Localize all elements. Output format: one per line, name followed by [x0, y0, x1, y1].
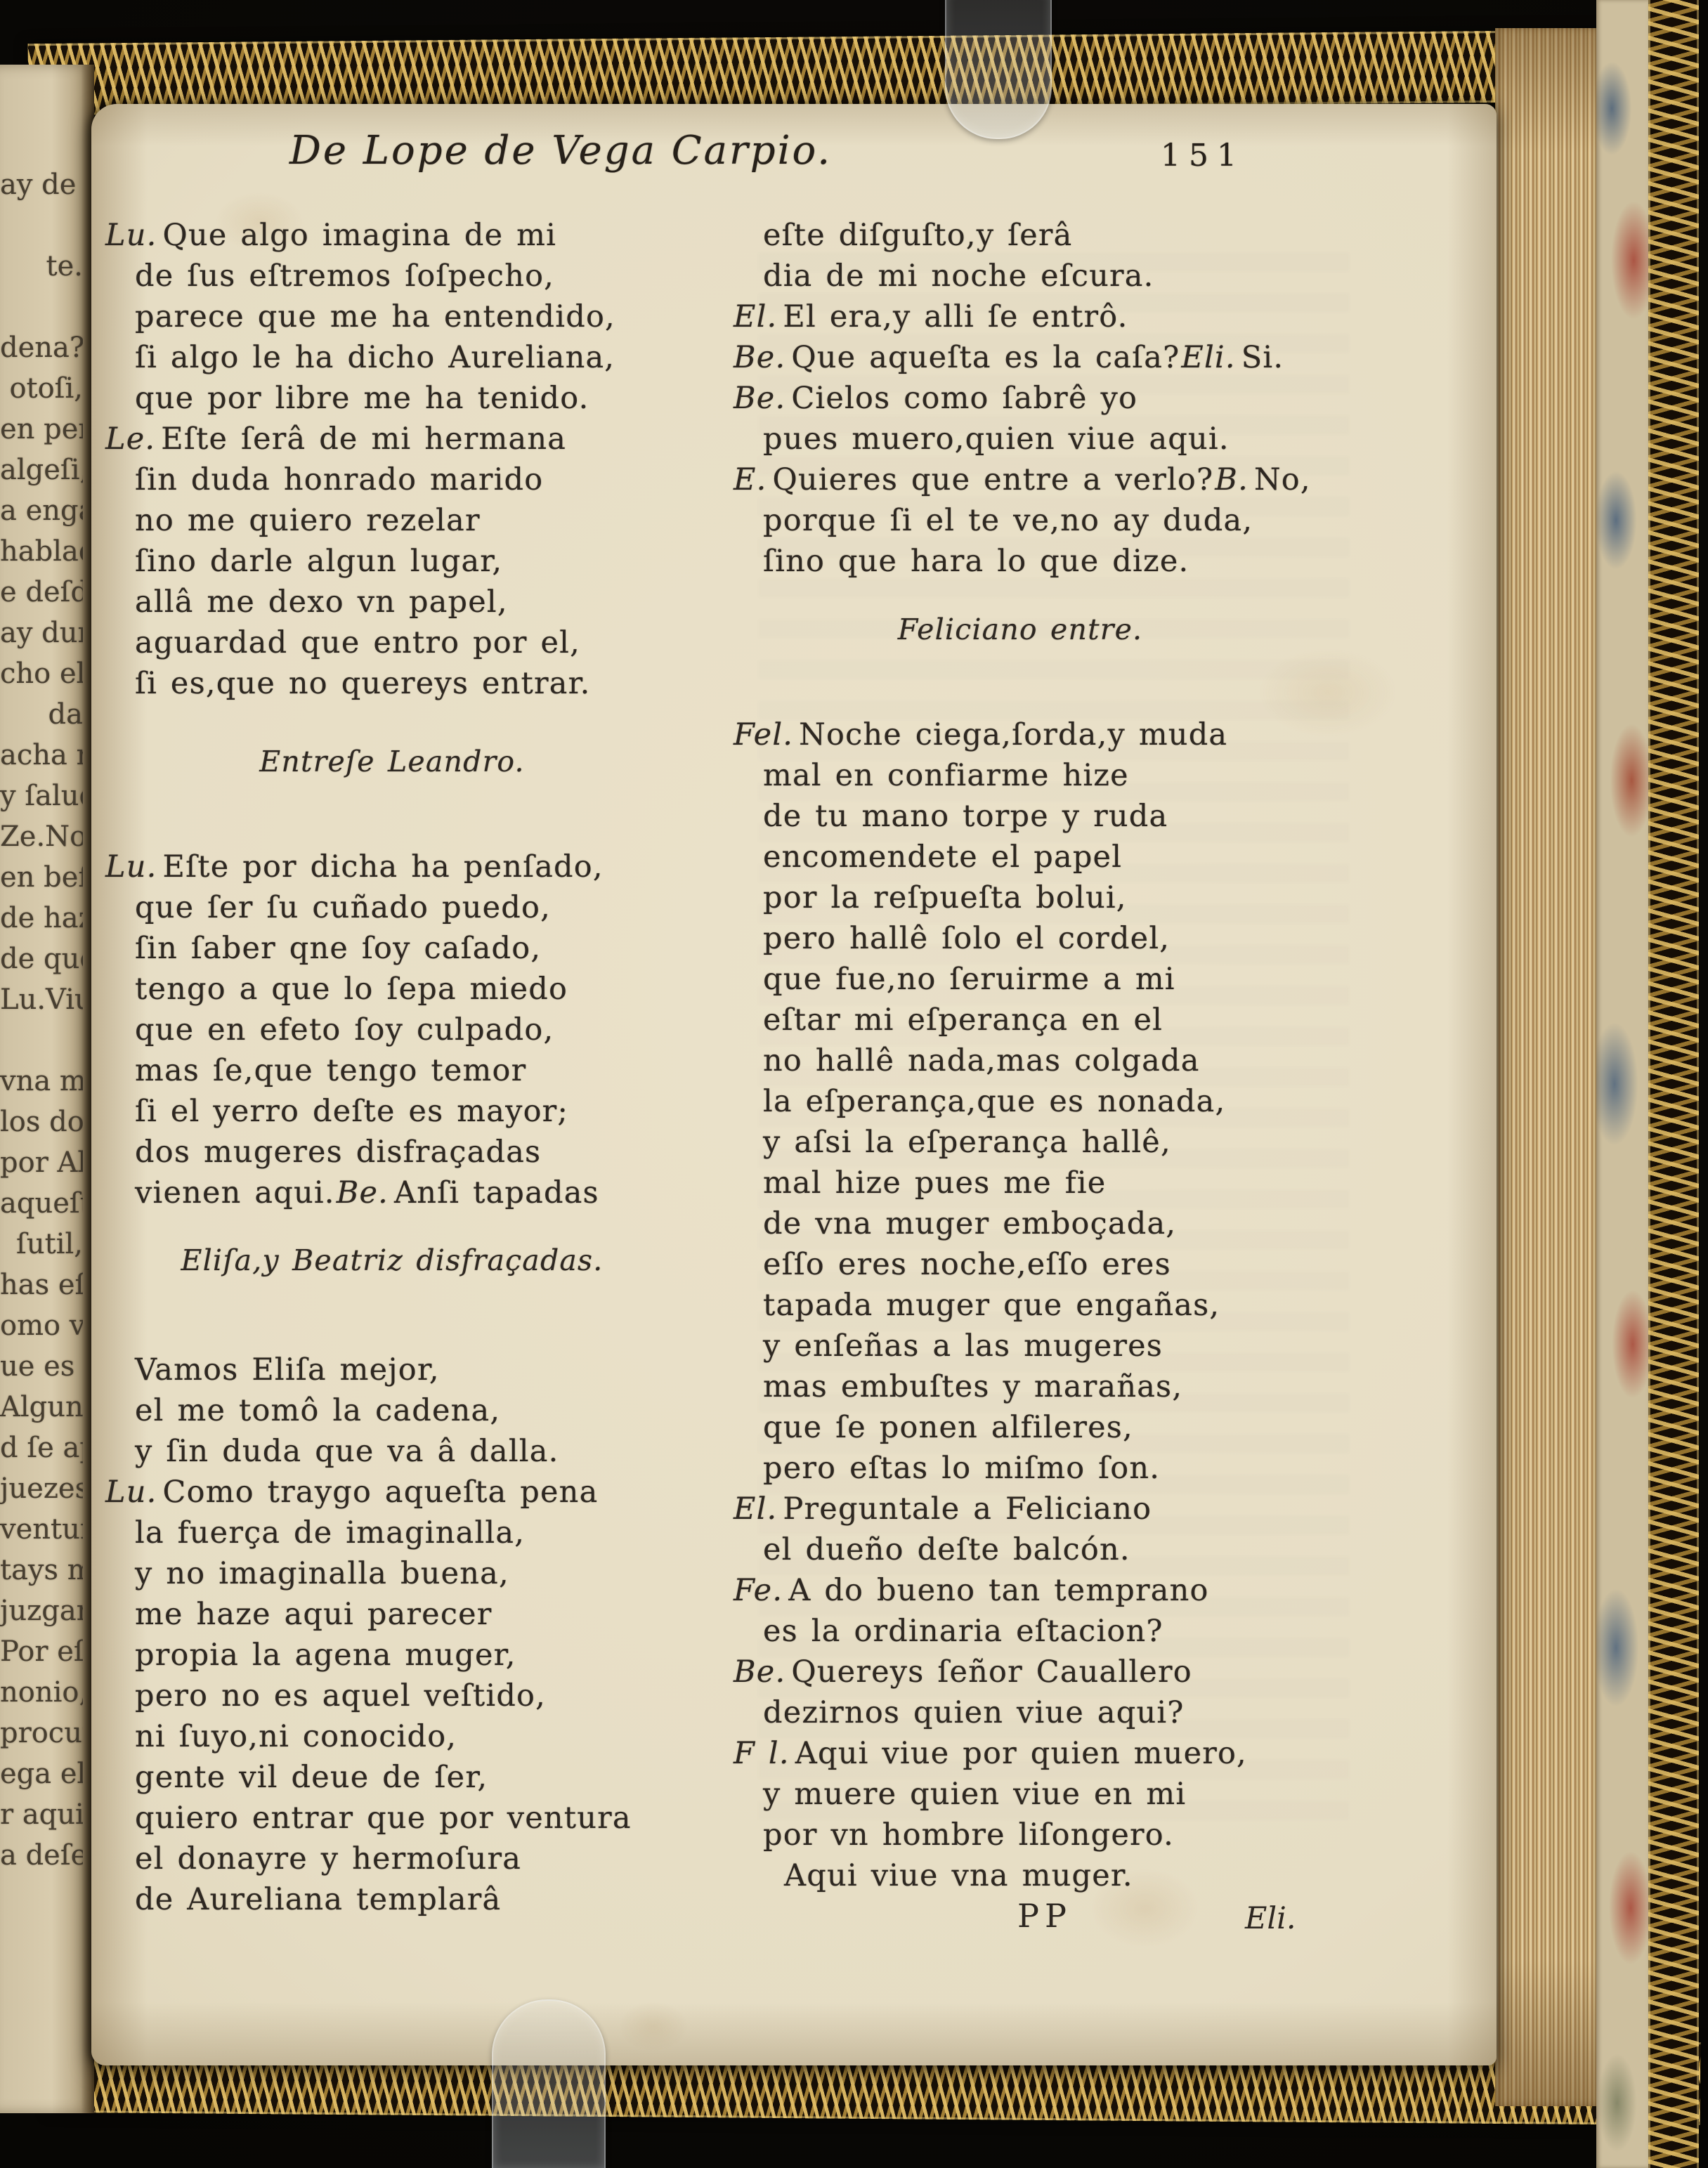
- verse-line: Lu.Que algo imagina de mi: [104, 218, 722, 259]
- verse-line: aguardad que entro por el,: [104, 625, 722, 666]
- verse-line: que fue,no ſeruirme a mi: [732, 962, 1378, 1003]
- verse-line: ni ſuyo,ni conocido,: [104, 1719, 722, 1760]
- left-page-text-fragment: Lu.Viue Di: [0, 984, 83, 1024]
- verse-line: mal hize pues me fie: [732, 1165, 1378, 1206]
- left-page-text-fragment: aqueſtos dia: [0, 1187, 83, 1228]
- left-page-text-fragment: [0, 291, 83, 332]
- verse-gap: [104, 1284, 111, 1352]
- verse-text: A do bueno tan temprano: [788, 1573, 1208, 1608]
- verse-line: El.Preguntale a Feliciano: [732, 1491, 1378, 1532]
- verse-line: porque ſi el te ve,no ay duda,: [732, 503, 1378, 544]
- verse-text: el me tomô la cadena,: [135, 1393, 500, 1428]
- book-snake-strip-bottom: [492, 1999, 606, 2168]
- verse-text: y enſeñas a las mugeres: [763, 1328, 1163, 1364]
- speaker-abbreviation: Fe.: [734, 1573, 783, 1608]
- verse-text: Quieres que entre a verlo?: [772, 462, 1213, 497]
- verse-line: es la ordinaria eſtacion?: [732, 1614, 1378, 1654]
- verse-text: que fue,no ſeruirme a mi: [763, 962, 1175, 997]
- verse-line: que ſer ſu cuñado puedo,: [104, 890, 722, 931]
- verse-line: el donayre y hermoſura: [104, 1841, 722, 1882]
- verse-text: y muere quien viue en mi: [763, 1777, 1186, 1812]
- left-page-text-fragment: has eſpias,: [0, 1269, 83, 1310]
- verse-text: no me quiero rezelar: [135, 503, 481, 538]
- book-photograph: ay de mi,te.dena?otoſi,en penaalgeſi,a e…: [0, 0, 1708, 2168]
- verse-text: gente vil deue de ſer,: [135, 1760, 488, 1795]
- left-page-text-fragment: a deſecho,: [0, 1839, 83, 1880]
- verse-line: mas embuſtes y marañas,: [732, 1369, 1378, 1410]
- speaker-abbreviation: Be.: [734, 340, 785, 375]
- left-page-text-fragment: ay de mi,: [0, 169, 83, 209]
- verse-text: ſi algo le ha dicho Aureliana,: [135, 340, 615, 375]
- verse-line: no me quiero rezelar: [104, 503, 722, 544]
- verse-text: dezirnos quien viue aqui?: [763, 1695, 1185, 1730]
- verse-line: quiero entrar que por ventura: [104, 1801, 722, 1841]
- verse-text: pero eſtas lo miſmo ſon.: [763, 1451, 1160, 1486]
- verse-text: de ſus eſtremos ſoſpecho,: [135, 259, 554, 294]
- verse-line: encomendete el papel: [732, 840, 1378, 880]
- verse-gap: [732, 653, 739, 717]
- left-page-text-fragment: de querer,: [0, 943, 83, 984]
- left-page-text-fragment: ſutil,: [0, 1228, 83, 1269]
- verse-line: la fuerça de imaginalla,: [104, 1515, 722, 1556]
- verse-text: Noche ciega,ſorda,y muda: [799, 717, 1227, 752]
- verse-line: dos mugeres disfraçadas: [104, 1135, 722, 1175]
- left-page-text-fragment: de hazer co: [0, 902, 83, 943]
- verse-line: tengo a que lo ſepa miedo: [104, 972, 722, 1012]
- gilt-border-right: [1648, 0, 1699, 2168]
- verse-text: ni ſuyo,ni conocido,: [135, 1719, 457, 1754]
- verse-column-right: eſte diſguſto,y ſerâdia de mi noche eſcu…: [732, 218, 1378, 1899]
- verse-text: el dueño deſte balcón.: [763, 1532, 1130, 1567]
- stage-direction: Feliciano entre.: [732, 613, 1308, 653]
- verse-text: tapada muger que engañas,: [763, 1288, 1220, 1323]
- verse-text: que ſe ponen alfileres,: [763, 1410, 1133, 1445]
- verse-line: y aſsi la eſperança hallê,: [732, 1125, 1378, 1165]
- verse-line: pero eſtas lo miſmo ſon.: [732, 1451, 1378, 1491]
- verse-line: ſino que hara lo que dize.: [732, 544, 1378, 585]
- verse-text: eſte diſguſto,y ſerâ: [763, 218, 1072, 253]
- verse-gap: [104, 785, 111, 849]
- verse-line: de ſus eſtremos ſoſpecho,: [104, 259, 722, 299]
- verse-line: de Aureliana templarâ: [104, 1882, 722, 1923]
- verse-text: quiero entrar que por ventura: [135, 1801, 632, 1836]
- left-page-text-fragment: nonio,ô q bue: [0, 1676, 83, 1717]
- verse-text: y aſsi la eſperança hallê,: [763, 1125, 1171, 1160]
- verse-line: de tu mano torpe y ruda: [732, 799, 1378, 840]
- left-page-text-fragment: omo vn mar: [0, 1310, 83, 1350]
- speaker-abbreviation: Be.: [734, 381, 785, 416]
- left-page-text-fragment: tays mirando,: [0, 1554, 83, 1595]
- verse-line: mal en confiarme hize: [732, 758, 1378, 799]
- left-page-text-fragment: dena?: [0, 332, 83, 372]
- verse-text: encomendete el papel: [763, 840, 1122, 875]
- speaker-abbreviation: Be.: [734, 1654, 785, 1690]
- catchword: Eli.: [1245, 1901, 1296, 1936]
- verse-text: mal hize pues me fie: [763, 1165, 1106, 1201]
- verse-text: propia la agena muger,: [135, 1638, 516, 1673]
- verse-text: no hallê nada,mas colgada: [763, 1043, 1200, 1078]
- fore-edge-pages: [1495, 28, 1598, 2106]
- speaker-abbreviation: Le.: [105, 422, 155, 457]
- verse-line: eſſo eres noche,eſſo eres: [732, 1247, 1378, 1288]
- verse-line: El.El era,y alli ſe entrô.: [732, 299, 1378, 340]
- book-snake-strip-top: [945, 0, 1052, 139]
- verse-line: el me tomô la cadena,: [104, 1393, 722, 1434]
- verse-text: y no imaginalla buena,: [135, 1556, 509, 1591]
- left-page-text-fragment: juezes: [0, 1472, 83, 1513]
- left-page-text-fragments: ay de mi,te.dena?otoſi,en penaalgeſi,a e…: [0, 169, 83, 1880]
- speaker-abbreviation: F l.: [734, 1736, 790, 1771]
- speaker-abbreviation: El.: [734, 1491, 777, 1527]
- verse-text: ſino darle algun lugar,: [135, 544, 502, 579]
- verse-text: Quereys ſeñor Cauallero: [791, 1654, 1192, 1690]
- left-page-text-fragment: acha rabia,: [0, 739, 83, 780]
- verse-line: Fel.Noche ciega,ſorda,y muda: [732, 717, 1378, 758]
- verse-line: Vamos Eliſa mejor,: [104, 1352, 722, 1393]
- left-page-text-fragment: otoſi,: [0, 372, 83, 413]
- verse-text: ſin duda honrado marido: [135, 462, 543, 497]
- verse-line: ſin duda honrado marido: [104, 462, 722, 503]
- left-page-text-fragment: juzgando.: [0, 1595, 83, 1635]
- verse-line: por vn hombre liſongero.: [732, 1817, 1378, 1858]
- verse-text: Eſte por dicha ha penſado,: [163, 849, 604, 884]
- verse-line: ſi es,que no quereys entrar.: [104, 666, 722, 707]
- speaker-abbreviation: E.: [734, 462, 767, 497]
- verse-text: que en efeto ſoy culpado,: [135, 1012, 554, 1047]
- verse-text: de tu mano torpe y ruda: [763, 799, 1168, 834]
- verse-text: mas embuſtes y marañas,: [763, 1369, 1182, 1404]
- speaker-abbreviation: Be.: [337, 1175, 389, 1210]
- previous-page-edge: ay de mi,te.dena?otoſi,en penaalgeſi,a e…: [0, 65, 94, 2113]
- verse-line: y ſin duda que va â dalla.: [104, 1434, 722, 1475]
- left-page-text-fragment: por Abril: [0, 1147, 83, 1187]
- verse-text: por vn hombre liſongero.: [763, 1817, 1174, 1853]
- speaker-abbreviation: B.: [1215, 462, 1249, 497]
- verse-line: no hallê nada,mas colgada: [732, 1043, 1378, 1084]
- verse-text: ſin ſaber qne ſoy caſado,: [135, 931, 541, 966]
- verse-text: porque ſi el te ve,no ay duda,: [763, 503, 1253, 538]
- verse-gap: [104, 1216, 111, 1243]
- verse-text: de Aureliana templarâ: [135, 1882, 501, 1917]
- speaker-abbreviation: Eli.: [1181, 340, 1235, 375]
- verse-line: y muere quien viue en mi: [732, 1777, 1378, 1817]
- left-page-text-fragment: Algunas vezes: [0, 1391, 83, 1432]
- verse-line: Lu.Eſte por dicha ha penſado,: [104, 849, 722, 890]
- speaker-abbreviation: Lu.: [105, 1475, 157, 1510]
- verse-line: mas ſe,que tengo temor: [104, 1053, 722, 1094]
- verse-line: ſino darle algun lugar,: [104, 544, 722, 585]
- verse-line: que por libre me ha tenido.: [104, 381, 722, 422]
- verse-line: dezirnos quien viue aqui?: [732, 1695, 1378, 1736]
- left-page-text-fragment: da: [0, 698, 83, 739]
- speaker-abbreviation: Lu.: [105, 849, 157, 884]
- verse-text: vienen aqui.: [135, 1175, 335, 1210]
- verse-line: Fe.A do bueno tan temprano: [732, 1573, 1378, 1614]
- left-page-text-fragment: en beſtias m: [0, 861, 83, 902]
- left-page-text-fragment: ue es blãca,y: [0, 1350, 83, 1391]
- verse-text: tengo a que lo ſepa miedo: [135, 972, 568, 1007]
- verse-text: mas ſe,que tengo temor: [135, 1053, 526, 1088]
- left-page-text-fragment: ay dura pena: [0, 617, 83, 658]
- verse-text: allâ me dexo vn papel,: [135, 585, 508, 620]
- left-page-text-fragment: los dos: [0, 1106, 83, 1147]
- verse-line: y enſeñas a las mugeres: [732, 1328, 1378, 1369]
- verse-text: Que aqueſta es la caſa?: [791, 340, 1180, 375]
- left-page-text-fragment: cho elado,: [0, 658, 83, 698]
- verse-line: pero no es aquel veſtido,: [104, 1678, 722, 1719]
- left-page-text-fragment: y ſaluda.: [0, 780, 83, 821]
- verse-line: por la reſpueſta bolui,: [732, 880, 1378, 921]
- verse-line: parece que me ha entendido,: [104, 299, 722, 340]
- gilt-border-top: [28, 30, 1673, 115]
- left-page-text-fragment: te.: [0, 250, 83, 291]
- verse-text: parece que me ha entendido,: [135, 299, 615, 334]
- verse-line: allâ me dexo vn papel,: [104, 585, 722, 625]
- verse-text: es la ordinaria eſtacion?: [763, 1614, 1163, 1649]
- verse-text: Preguntale a Feliciano: [783, 1491, 1152, 1527]
- verse-line: la eſperança,que es nonada,: [732, 1084, 1378, 1125]
- left-page-text-fragment: ega el pecho,: [0, 1758, 83, 1798]
- verse-line: Le.Eſte ſerâ de mi hermana: [104, 422, 722, 462]
- left-page-text-fragment: r aqui,: [0, 1798, 83, 1839]
- verse-text: y ſin duda que va â dalla.: [135, 1434, 559, 1469]
- verse-text: eſtar mi eſperança en el: [763, 1003, 1163, 1038]
- verse-text: me haze aqui parecer: [135, 1597, 493, 1632]
- left-page-text-fragment: d ſe apura.: [0, 1432, 83, 1472]
- verse-text: dia de mi noche eſcura.: [763, 259, 1154, 294]
- verse-text: Como traygo aqueſta pena: [163, 1475, 599, 1510]
- verse-line: ſi el yerro deſte es mayor;: [104, 1094, 722, 1135]
- verse-gap: [732, 585, 739, 613]
- verse-line: ſin ſaber qne ſoy caſado,: [104, 931, 722, 972]
- verse-text: No,: [1254, 462, 1311, 497]
- verse-text: el donayre y hermoſura: [135, 1841, 521, 1876]
- verse-text: Aqui viue por quien muero,: [795, 1736, 1247, 1771]
- stage-direction: Entreſe Leandro.: [104, 745, 680, 785]
- left-page-text-fragment: vna muger,: [0, 1065, 83, 1106]
- verse-line: Be.Cielos como ſabrê yo: [732, 381, 1378, 422]
- left-page-text-fragment: e deſdeña,: [0, 576, 83, 617]
- running-title: De Lope de Vega Carpio.: [289, 128, 832, 174]
- signature-mark: PP: [1017, 1897, 1072, 1935]
- left-page-text-fragment: hablado?: [0, 535, 83, 576]
- verse-text: mal en confiarme hize: [763, 758, 1129, 793]
- verse-text: de vna muger emboçada,: [763, 1206, 1176, 1241]
- verse-line: dia de mi noche eſcura.: [732, 259, 1378, 299]
- speaker-abbreviation: Fel.: [734, 717, 793, 752]
- verse-line: el dueño deſte balcón.: [732, 1532, 1378, 1573]
- verse-text: ſi es,que no quereys entrar.: [135, 666, 591, 701]
- verse-line: Aqui viue vna muger.: [732, 1858, 1378, 1899]
- verse-text: ſino que hara lo que dize.: [763, 544, 1189, 579]
- verse-line: E.Quieres que entre a verlo?B.No,: [732, 462, 1378, 503]
- left-page-text-fragment: Ze.No eſtá: [0, 821, 83, 861]
- verse-text: pero hallê ſolo el cordel,: [763, 921, 1170, 956]
- verse-text: pero no es aquel veſtido,: [135, 1678, 546, 1713]
- verse-line: tapada muger que engañas,: [732, 1288, 1378, 1328]
- verse-line: pues muero,quien viue aqui.: [732, 422, 1378, 462]
- verse-line: Be.Quereys ſeñor Cauallero: [732, 1654, 1378, 1695]
- verse-line: me haze aqui parecer: [104, 1597, 722, 1638]
- marbled-edge: [1596, 0, 1648, 2168]
- verse-text: la eſperança,que es nonada,: [763, 1084, 1225, 1119]
- verse-text: la fuerça de imaginalla,: [135, 1515, 525, 1550]
- verse-line: ſi algo le ha dicho Aureliana,: [104, 340, 722, 381]
- verse-line: que ſe ponen alfileres,: [732, 1410, 1378, 1451]
- verse-line: F l.Aqui viue por quien muero,: [732, 1736, 1378, 1777]
- page-number: 151: [1161, 138, 1245, 174]
- left-page-text-fragment: en pena: [0, 413, 83, 454]
- left-page-text-fragment: algeſi,: [0, 454, 83, 495]
- verse-line: eſte diſguſto,y ſerâ: [732, 218, 1378, 259]
- left-page-text-fragment: Por eſſo pen: [0, 1635, 83, 1676]
- verse-line: propia la agena muger,: [104, 1638, 722, 1678]
- verse-text: que por libre me ha tenido.: [135, 381, 589, 416]
- verse-text: Cielos como ſabrê yo: [791, 381, 1137, 416]
- verse-text: pues muero,quien viue aqui.: [763, 422, 1230, 457]
- verse-gap: [104, 707, 111, 745]
- verse-line: vienen aqui.Be.Anſi tapadas: [104, 1175, 722, 1216]
- stage-direction: Eliſa,y Beatriz disfraçadas.: [104, 1243, 680, 1284]
- speaker-abbreviation: Lu.: [105, 218, 157, 253]
- left-page-text-fragment: [0, 209, 83, 250]
- verse-text: Eſte ſerâ de mi hermana: [161, 422, 566, 457]
- verse-line: gente vil deue de ſer,: [104, 1760, 722, 1801]
- verse-line: Lu.Como traygo aqueſta pena: [104, 1475, 722, 1515]
- verse-text: ſi el yerro deſte es mayor;: [135, 1094, 568, 1129]
- verse-text: Que algo imagina de mi: [163, 218, 557, 253]
- verse-text: Aqui viue vna muger.: [784, 1858, 1133, 1893]
- verse-text: Si.: [1241, 340, 1284, 375]
- verse-text: aguardad que entro por el,: [135, 625, 580, 660]
- verse-text: Anſi tapadas: [394, 1175, 599, 1210]
- verse-text: El era,y alli ſe entrô.: [783, 299, 1128, 334]
- verse-line: que en efeto ſoy culpado,: [104, 1012, 722, 1053]
- verse-line: y no imaginalla buena,: [104, 1556, 722, 1597]
- verse-line: de vna muger emboçada,: [732, 1206, 1378, 1247]
- verse-text: por la reſpueſta bolui,: [763, 880, 1127, 915]
- left-page-text-fragment: procurando.: [0, 1717, 83, 1758]
- verse-line: eſtar mi eſperança en el: [732, 1003, 1378, 1043]
- verse-text: dos mugeres disfraçadas: [135, 1135, 541, 1170]
- verse-line: Be.Que aqueſta es la caſa?Eli.Si.: [732, 340, 1378, 381]
- verse-text: Vamos Eliſa mejor,: [135, 1352, 440, 1387]
- verse-text: que ſer ſu cuñado puedo,: [135, 890, 551, 925]
- verse-column-left: Lu.Que algo imagina de mide ſus eſtremos…: [104, 218, 722, 1923]
- speaker-abbreviation: El.: [734, 299, 777, 334]
- verse-text: eſſo eres noche,eſſo eres: [763, 1247, 1171, 1282]
- left-page-text-fragment: a engañado,: [0, 495, 83, 535]
- left-page-text-fragment: [0, 1024, 83, 1065]
- verse-line: pero hallê ſolo el cordel,: [732, 921, 1378, 962]
- left-page-text-fragment: ventura.: [0, 1513, 83, 1554]
